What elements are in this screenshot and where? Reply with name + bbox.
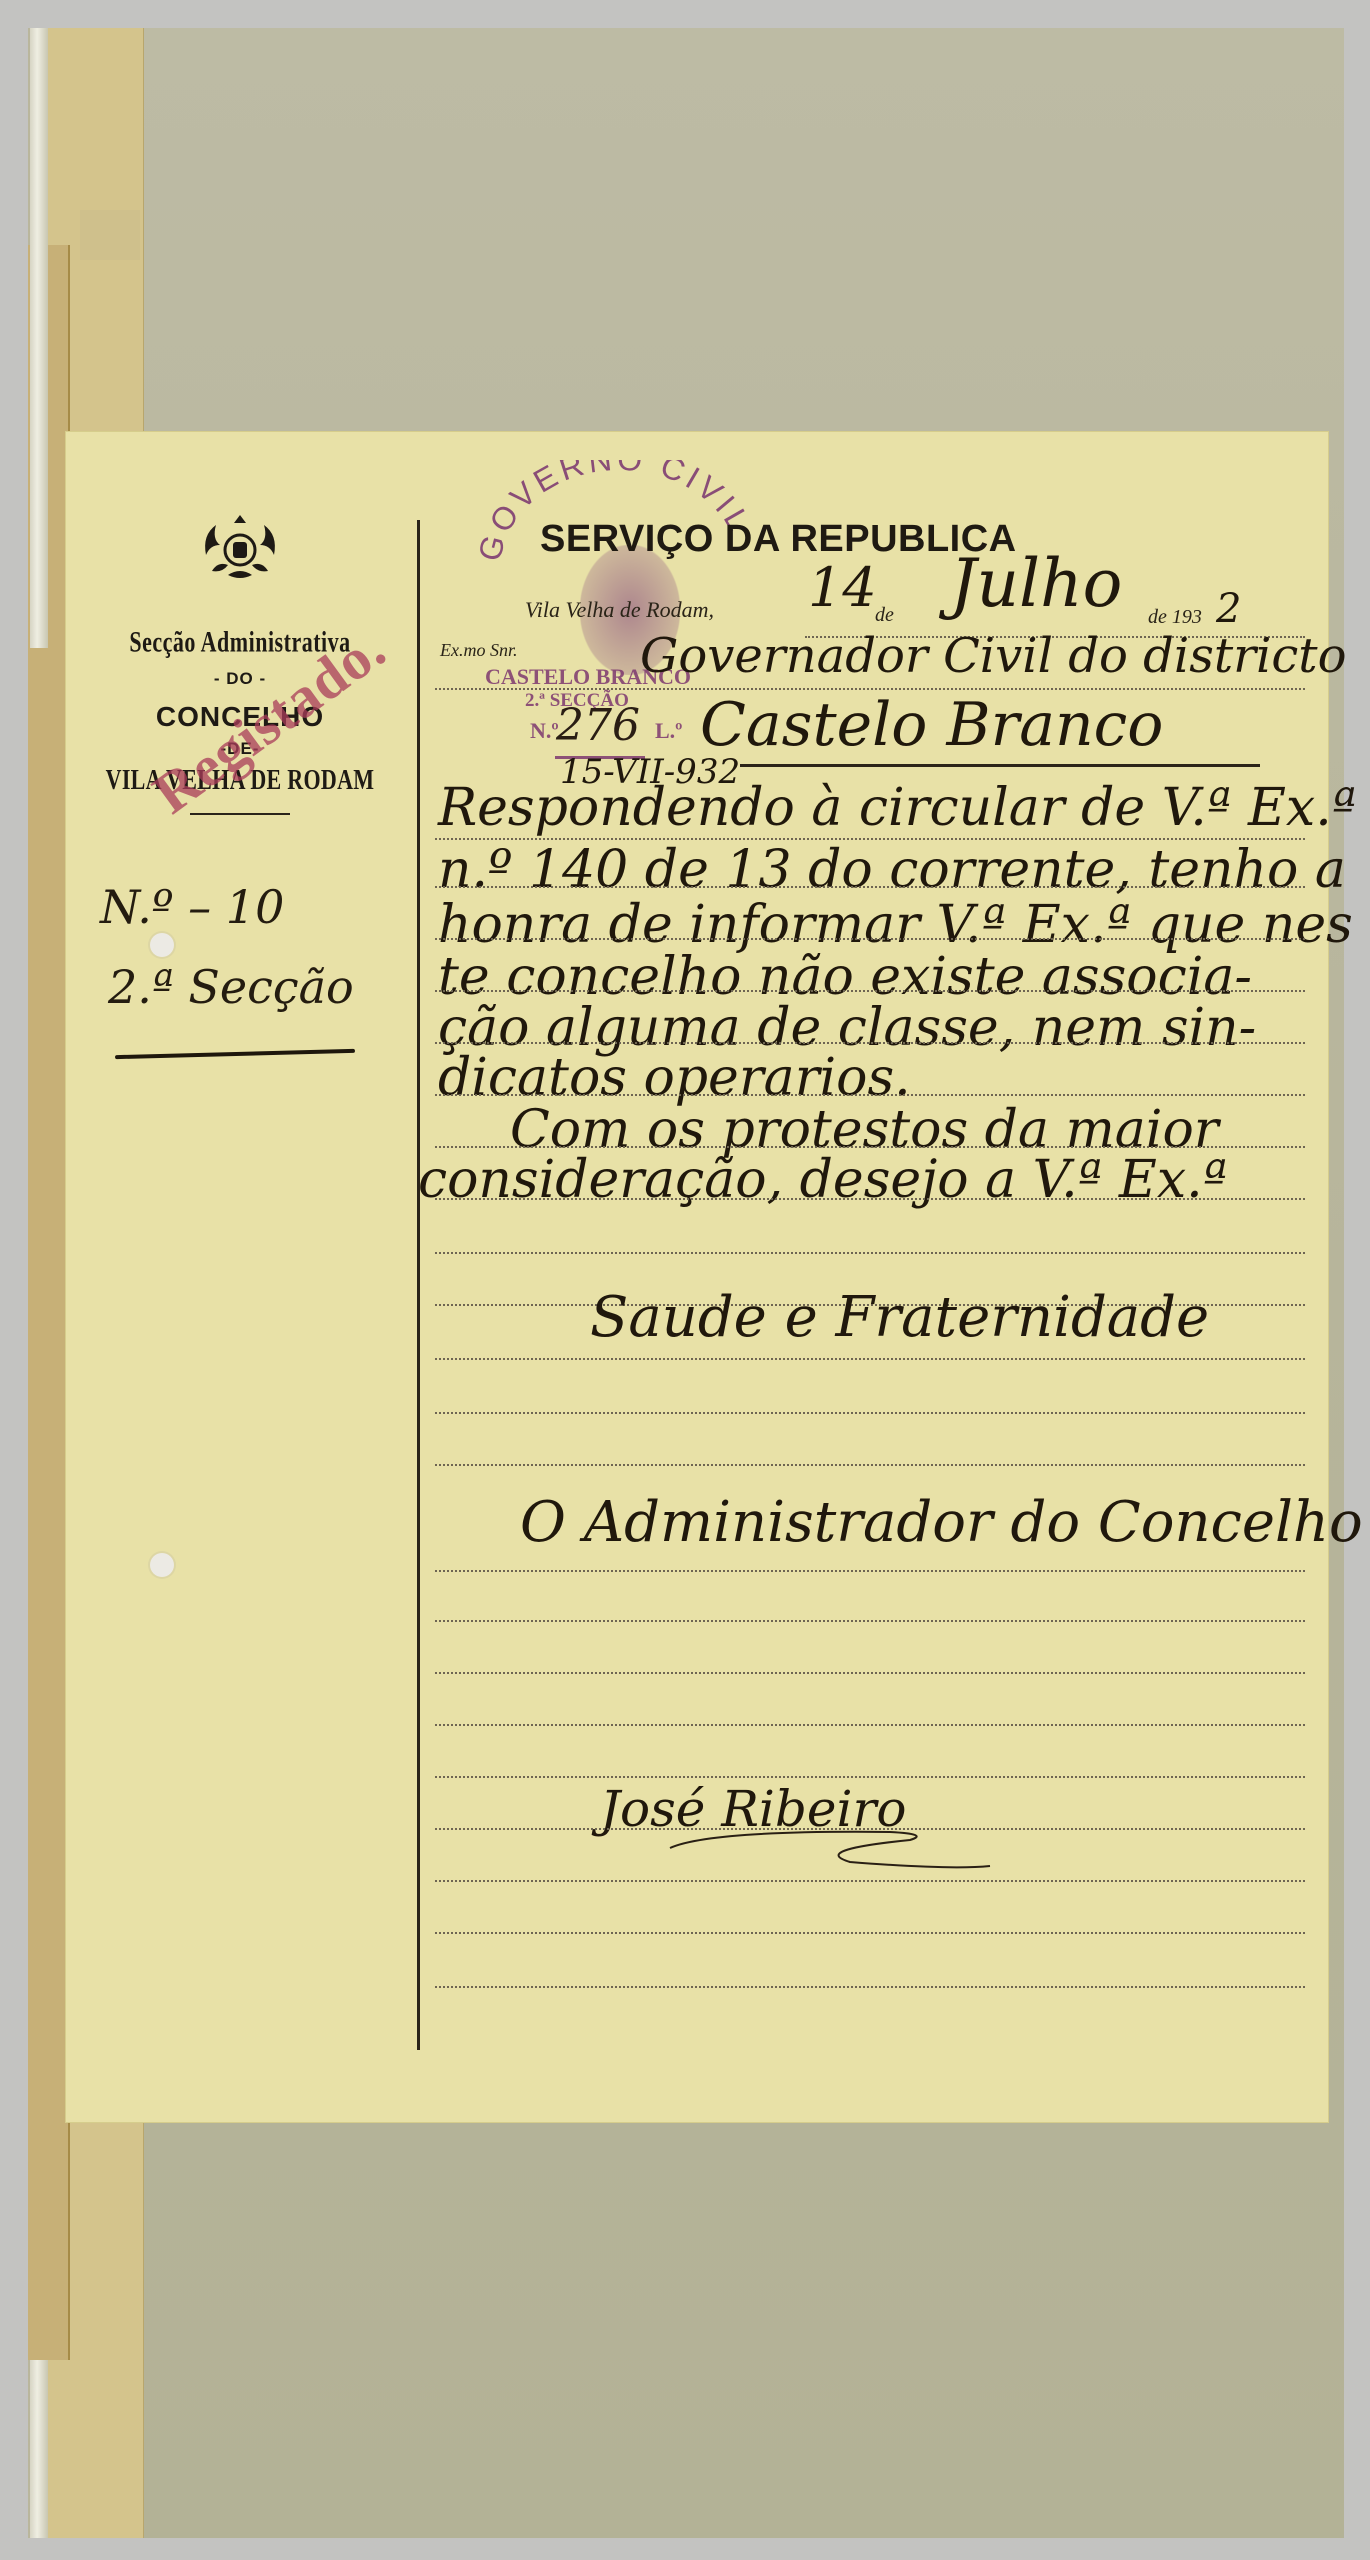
ruled-line [435, 1570, 1305, 1572]
folder-tab [80, 210, 140, 260]
ruled-line [435, 1620, 1305, 1622]
body-line: n.º 140 de 13 do corrente, tenho a [438, 840, 1346, 900]
ruled-line [435, 1724, 1305, 1726]
date-month: Julho [950, 545, 1122, 622]
ruled-line [435, 1986, 1305, 1988]
body-line: Respondendo à circular de V.ª Ex.ª [438, 778, 1356, 838]
ruled-line [435, 886, 1305, 888]
place-label: Vila Velha de Rodam, [525, 597, 714, 623]
margin-number: N.º – 10 [100, 880, 284, 934]
ruled-line [435, 1932, 1305, 1934]
folder-edge-bottom [30, 2360, 48, 2538]
date-de-label: de [875, 604, 894, 627]
signatory-title: O Administrador do Concelho [520, 1490, 1363, 1555]
column-divider [417, 520, 420, 2050]
place-underline [740, 764, 1260, 767]
stamp-livro-label: L.º [655, 718, 682, 744]
date-year-label: de 193 [1148, 606, 1202, 629]
salutation: Saude e Fraternidade [590, 1285, 1209, 1350]
ruled-line [435, 1198, 1305, 1200]
addressee-prefix: Ex.mo Snr. [440, 640, 518, 661]
punch-hole-top [150, 933, 174, 957]
addressee-title: Governador Civil do districto [640, 628, 1346, 684]
ruled-line [435, 1042, 1305, 1044]
folder-edge-top [30, 28, 48, 648]
body-line: dicatos operarios. [438, 1048, 911, 1108]
punch-hole-bottom [150, 1553, 174, 1577]
ruled-line [435, 1672, 1305, 1674]
left-divider [190, 813, 290, 815]
ruled-line [435, 938, 1305, 940]
ruled-line [435, 1828, 1305, 1830]
ruled-line [435, 1146, 1305, 1148]
closing-line: consideração, desejo a V.ª Ex.ª [418, 1150, 1227, 1210]
signature-flourish [650, 1820, 1100, 1900]
addressee-place: Castelo Branco [700, 690, 1163, 760]
ruled-line [435, 990, 1305, 992]
stamp-numero-label: N.º [530, 718, 559, 744]
body-line: honra de informar V.ª Ex.ª que nes [438, 895, 1353, 955]
page-title: SERVIÇO DA REPUBLICA [540, 518, 1017, 561]
stamp-numero-value: 276 [556, 700, 640, 751]
margin-section: 2.ª Secção [108, 960, 354, 1014]
ruled-line [435, 1094, 1305, 1096]
ruled-line [435, 1880, 1305, 1882]
date-day: 14 [808, 556, 877, 619]
ruled-line [435, 1358, 1305, 1360]
ruled-line [435, 1252, 1305, 1254]
date-year-suffix: 2 [1216, 586, 1241, 632]
ruled-line [435, 1412, 1305, 1414]
coat-of-arms-icon [198, 515, 282, 585]
ruled-line [435, 1776, 1305, 1778]
ruled-line [435, 1464, 1305, 1466]
